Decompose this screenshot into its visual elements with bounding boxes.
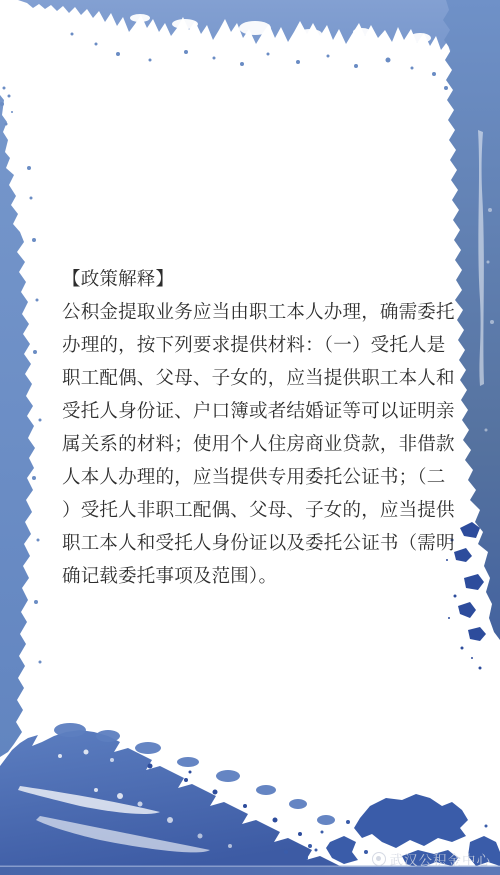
sweep-white-streaks [18,750,232,853]
policy-line: ）受托人非职工配偶、父母、子女的，应当提供 [62,493,457,526]
left-brush-stroke [0,87,42,758]
top-band-speckles [71,33,455,105]
policy-line: 确记载委托事项及范围）。 [62,559,457,592]
policy-line: 人本人办理的，应当提供专用委托公证书；（二 [62,460,457,493]
policy-line: 受托人身份证、户口簿或者结婚证等可以证明亲 [62,394,457,427]
right-strip-flecks [485,208,495,432]
policy-text-block: 【政策解释】 公积金提取业务应当由职工本人办理，确需委托 办理的，按下列要求提供… [62,262,457,592]
right-strip-white-streak [478,130,484,386]
sweep-ridge-blobs [54,723,335,825]
policy-line: 职工本人和受托人身份证以及委托公证书（需明 [62,526,457,559]
top-brush-stroke [18,0,500,126]
poster-canvas: 【政策解释】 公积金提取业务应当由职工本人办理，确需委托 办理的，按下列要求提供… [0,0,500,875]
policy-line: 职工配偶、父母、子女的，应当提供职工本人和 [62,361,457,394]
watermark: 武汉公积金中心 [372,849,492,869]
policy-line: 办理的，按下列要求提供材料：（一）受托人是 [62,328,457,361]
policy-line: 公积金提取业务应当由职工本人办理，确需委托 [62,295,457,328]
watermark-text: 武汉公积金中心 [390,849,492,869]
sweep-navy-flecks [148,764,303,837]
sun-logo-icon [372,852,386,866]
policy-line: 属关系的材料；使用个人住房商业贷款，非借款 [62,427,457,460]
left-stroke-speckles [0,87,42,664]
policy-title: 【政策解释】 [62,262,457,295]
top-band-erosion [130,14,460,111]
bottom-brush-sweep [0,723,344,875]
